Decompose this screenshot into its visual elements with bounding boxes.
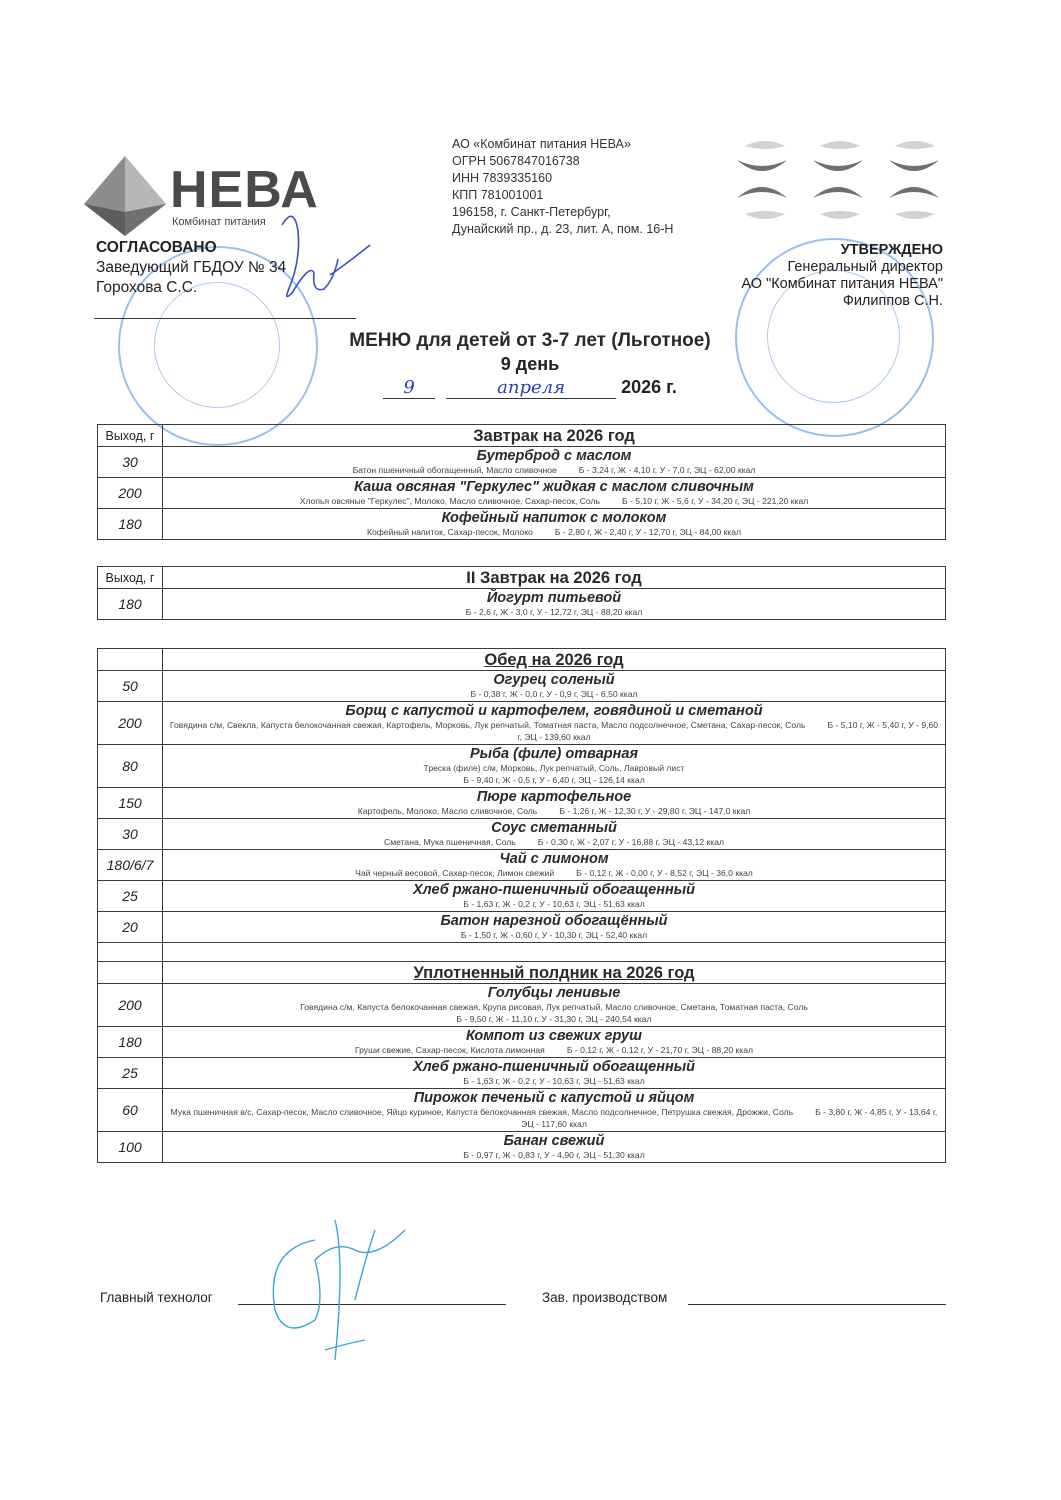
item-weight: 150	[98, 788, 163, 819]
company-address-1: 196158, г. Санкт-Петербург,	[452, 204, 673, 221]
item-details: Хлеб ржано-пшеничный обогащенныйБ - 1,63…	[163, 1058, 946, 1089]
empty-row	[98, 943, 946, 962]
item-weight: 200	[98, 702, 163, 745]
menu-item-row: 80Рыба (филе) отварнаяТреска (филе) с/м,…	[98, 745, 946, 788]
approved-heading: УТВЕРЖДЕНО	[741, 242, 943, 259]
menu-item-row: 25Хлеб ржано-пшеничный обогащенныйБ - 1,…	[98, 1058, 946, 1089]
dish-composition: Чай черный весовой, Сахар-песок, Лимон с…	[163, 867, 945, 880]
company-name: АО «Комбинат питания НЕВА»	[452, 136, 673, 153]
menu-item-row: 180/6/7Чай с лимономЧай черный весовой, …	[98, 850, 946, 881]
section-title: Завтрак на 2026 год	[163, 426, 945, 446]
item-weight: 25	[98, 1058, 163, 1089]
dish-nutrition: Б - 1,63 г, Ж - 0,2 г, У - 10,63 г, ЭЦ -…	[463, 899, 644, 909]
dish-nutrition: Б - 9,50 г, Ж - 11,10 г, У - 31,30 г, ЭЦ…	[456, 1014, 651, 1024]
item-weight: 20	[98, 912, 163, 943]
item-weight: 180/6/7	[98, 850, 163, 881]
item-details: Чай с лимономЧай черный весовой, Сахар-п…	[163, 850, 946, 881]
second-breakfast-table: Выход, гII Завтрак на 2026 год180Йогурт …	[97, 566, 946, 620]
dish-name: Батон нарезной обогащённый	[163, 912, 945, 929]
dish-composition: Сметана, Мука пшеничная, СольБ - 0,30 г,…	[163, 836, 945, 849]
dish-name: Кофейный напиток с молоком	[163, 509, 945, 526]
item-details: Хлеб ржано-пшеничный обогащенныйБ - 1,63…	[163, 881, 946, 912]
menu-item-row: 25Хлеб ржано-пшеничный обогащенныйБ - 1,…	[98, 881, 946, 912]
item-details: Йогурт питьевойБ - 2,6 г, Ж - 3,0 г, У -…	[163, 589, 946, 620]
empty-cell	[163, 943, 946, 962]
approved-name: Филиппов С.Н.	[741, 293, 943, 310]
signature-technologist-icon	[255, 1200, 455, 1370]
dish-ingredients: Сметана, Мука пшеничная, Соль	[384, 837, 516, 847]
item-weight: 200	[98, 478, 163, 509]
dish-composition: Картофель, Молоко, Масло сливочное, Соль…	[163, 805, 945, 818]
item-details: Батон нарезной обогащённыйБ - 1,50 г, Ж …	[163, 912, 946, 943]
dish-nutrition: Б - 2,80 г, Ж - 2,40 г, У - 12,70 г, ЭЦ …	[555, 527, 741, 537]
date-year: 2026 г.	[621, 377, 677, 397]
company-kpp: КПП 781001001	[452, 187, 673, 204]
production-head-line	[688, 1304, 946, 1305]
dish-ingredients: Говядина с/м, Капуста белокочанная свежа…	[300, 1002, 808, 1012]
dish-ingredients: Кофейный напиток, Сахар-песок, Молоко	[367, 527, 533, 537]
item-details: Пирожок печеный с капустой и яйцомМука п…	[163, 1089, 946, 1132]
dish-composition: Батон пшеничный обогащенный, Масло сливо…	[163, 464, 945, 477]
weight-column-header: Выход, г	[98, 567, 163, 589]
signature-left-icon	[260, 205, 380, 315]
section-header-row: Обед на 2026 год	[98, 649, 946, 671]
dish-ingredients: Хлопья овсяные "Геркулес", Молоко, Масло…	[300, 496, 600, 506]
item-weight: 180	[98, 509, 163, 540]
dish-composition: Кофейный напиток, Сахар-песок, МолокоБ -…	[163, 526, 945, 539]
dish-nutrition: Б - 3,24 г, Ж - 4,10 г, У - 7,0 г, ЭЦ - …	[579, 465, 756, 475]
dish-composition: Б - 2,6 г, Ж - 3,0 г, У - 12,72 г, ЭЦ - …	[163, 606, 945, 619]
dish-name: Банан свежий	[163, 1132, 945, 1149]
weight-column-header	[98, 649, 163, 671]
dish-ingredients: Батон пшеничный обогащенный, Масло сливо…	[353, 465, 557, 475]
dish-nutrition: Б - 1,26 г, Ж - 12,30 г, У - 29,80 г, ЭЦ…	[559, 806, 750, 816]
menu-item-row: 180Компот из свежих грушГруши свежие, Са…	[98, 1027, 946, 1058]
menu-day: 9 день	[300, 354, 760, 375]
pyramid-logo-icon	[82, 152, 168, 238]
company-ogrn: ОГРН 5067847016738	[452, 153, 673, 170]
company-details: АО «Комбинат питания НЕВА» ОГРН 50678470…	[452, 136, 673, 238]
dish-composition: Хлопья овсяные "Геркулес", Молоко, Масло…	[163, 495, 945, 508]
weight-column-header	[98, 962, 163, 984]
weight-column-header: Выход, г	[98, 425, 163, 447]
dish-name: Соус сметанный	[163, 819, 945, 836]
item-details: Компот из свежих грушГруши свежие, Сахар…	[163, 1027, 946, 1058]
menu-date: 9 апреля 2026 г.	[300, 377, 760, 399]
dish-nutrition: Б - 9,40 г, Ж - 0,5 г, У - 6,40 г, ЭЦ - …	[463, 775, 644, 785]
dish-name: Каша овсяная "Геркулес" жидкая с маслом …	[163, 478, 945, 495]
menu-item-row: 60Пирожок печеный с капустой и яйцомМука…	[98, 1089, 946, 1132]
menu-item-row: 150Пюре картофельноеКартофель, Молоко, М…	[98, 788, 946, 819]
section-title-cell: Обед на 2026 год	[163, 649, 946, 671]
section-title: II Завтрак на 2026 год	[163, 568, 945, 588]
item-details: Пюре картофельноеКартофель, Молоко, Масл…	[163, 788, 946, 819]
chief-technologist-label: Главный технолог	[100, 1290, 213, 1305]
menu-item-row: 50Огурец соленыйБ - 0,38 г, Ж - 0,0 г, У…	[98, 671, 946, 702]
logo-subtitle: Комбинат питания	[172, 216, 266, 228]
dish-composition: Б - 1,63 г, Ж - 0,2 г, У - 10,63 г, ЭЦ -…	[163, 898, 945, 911]
menu-title-block: МЕНЮ для детей от 3-7 лет (Льготное) 9 д…	[300, 330, 760, 399]
dish-ingredients: Картофель, Молоко, Масло сливочное, Соль	[358, 806, 538, 816]
waves-decoration-icon	[735, 138, 955, 228]
menu-item-row: 200Голубцы ленивыеГовядина с/м, Капуста …	[98, 984, 946, 1027]
dish-composition: Б - 1,63 г, Ж - 0,2 г, У - 10,63 г, ЭЦ -…	[163, 1075, 945, 1088]
item-details: Банан свежийБ - 0,97 г, Ж - 0,83 г, У - …	[163, 1132, 946, 1163]
section-title-cell: II Завтрак на 2026 год	[163, 567, 946, 589]
dish-composition: Мука пшеничная в/с, Сахар-песок, Масло с…	[163, 1106, 945, 1131]
agreed-name: Горохова С.С.	[96, 278, 286, 298]
dish-composition: Б - 0,38 г, Ж - 0,0 г, У - 0,9 г, ЭЦ - 6…	[163, 688, 945, 701]
dish-nutrition: Б - 0,12 г, Ж - 0,12 г, У - 21,70 г, ЭЦ …	[567, 1045, 753, 1055]
menu-item-row: 180Йогурт питьевойБ - 2,6 г, Ж - 3,0 г, …	[98, 589, 946, 620]
dish-name: Борщ с капустой и картофелем, говядиной …	[163, 702, 945, 719]
section-header-row: Уплотненный полдник на 2026 год	[98, 962, 946, 984]
dish-name: Хлеб ржано-пшеничный обогащенный	[163, 1058, 945, 1075]
dish-nutrition: Б - 0,30 г, Ж - 2,07 г, У - 16,88 г, ЭЦ …	[538, 837, 724, 847]
menu-item-row: 180Кофейный напиток с молокомКофейный на…	[98, 509, 946, 540]
company-inn: ИНН 7839335160	[452, 170, 673, 187]
item-weight: 25	[98, 881, 163, 912]
menu-item-row: 200Борщ с капустой и картофелем, говядин…	[98, 702, 946, 745]
item-details: Огурец соленыйБ - 0,38 г, Ж - 0,0 г, У -…	[163, 671, 946, 702]
date-day: 9	[383, 377, 435, 399]
dish-ingredients: Говядина с/м, Свекла, Капуста белокочанн…	[170, 720, 806, 730]
item-weight: 180	[98, 1027, 163, 1058]
item-details: Кофейный напиток с молокомКофейный напит…	[163, 509, 946, 540]
dish-name: Рыба (филе) отварная	[163, 745, 945, 762]
production-head-label: Зав. производством	[542, 1290, 667, 1305]
approved-block: УТВЕРЖДЕНО Генеральный директор АО "Комб…	[741, 242, 943, 310]
empty-cell	[98, 943, 163, 962]
agreed-block: СОГЛАСОВАНО Заведующий ГБДОУ № 34 Горохо…	[96, 238, 286, 298]
dish-nutrition: Б - 0,97 г, Ж - 0,83 г, У - 4,90 г, ЭЦ -…	[463, 1150, 644, 1160]
menu-title: МЕНЮ для детей от 3-7 лет (Льготное)	[300, 330, 760, 352]
item-weight: 30	[98, 447, 163, 478]
item-details: Каша овсяная "Геркулес" жидкая с маслом …	[163, 478, 946, 509]
item-weight: 180	[98, 589, 163, 620]
lunch-table: Обед на 2026 год50Огурец соленыйБ - 0,38…	[97, 648, 946, 1163]
breakfast-table: Выход, гЗавтрак на 2026 год30Бутерброд с…	[97, 424, 946, 540]
item-weight: 60	[98, 1089, 163, 1132]
dish-composition: Б - 1,50 г, Ж - 0,60 г, У - 10,30 г, ЭЦ …	[163, 929, 945, 942]
dish-name: Чай с лимоном	[163, 850, 945, 867]
section-title: Обед на 2026 год	[163, 650, 945, 670]
approved-position: Генеральный директор	[741, 259, 943, 276]
item-details: Бутерброд с масломБатон пшеничный обогащ…	[163, 447, 946, 478]
dish-composition: Б - 0,97 г, Ж - 0,83 г, У - 4,90 г, ЭЦ -…	[163, 1149, 945, 1162]
section-title-cell: Уплотненный полдник на 2026 год	[163, 962, 946, 984]
dish-nutrition: Б - 0,38 г, Ж - 0,0 г, У - 0,9 г, ЭЦ - 6…	[470, 689, 637, 699]
menu-item-row: 30Соус сметанныйСметана, Мука пшеничная,…	[98, 819, 946, 850]
dish-ingredients: Груши свежие, Сахар-песок, Кислота лимон…	[355, 1045, 545, 1055]
dish-composition: Говядина с/м, Капуста белокочанная свежа…	[163, 1001, 945, 1026]
item-details: Рыба (филе) отварнаяТреска (филе) с/м, М…	[163, 745, 946, 788]
menu-item-row: 30Бутерброд с масломБатон пшеничный обог…	[98, 447, 946, 478]
agreed-heading: СОГЛАСОВАНО	[96, 238, 286, 258]
dish-name: Хлеб ржано-пшеничный обогащенный	[163, 881, 945, 898]
menu-item-row: 200Каша овсяная "Геркулес" жидкая с масл…	[98, 478, 946, 509]
menu-item-row: 100Банан свежийБ - 0,97 г, Ж - 0,83 г, У…	[98, 1132, 946, 1163]
section-title: Уплотненный полдник на 2026 год	[163, 963, 945, 983]
dish-name: Компот из свежих груш	[163, 1027, 945, 1044]
agreed-position: Заведующий ГБДОУ № 34	[96, 258, 286, 278]
dish-nutrition: Б - 1,50 г, Ж - 0,60 г, У - 10,30 г, ЭЦ …	[461, 930, 647, 940]
dish-nutrition: Б - 0,12 г, Ж - 0,00 г, У - 8,52 г, ЭЦ -…	[576, 868, 753, 878]
company-address-2: Дунайский пр., д. 23, лит. А, пом. 16-Н	[452, 221, 673, 238]
dish-name: Пирожок печеный с капустой и яйцом	[163, 1089, 945, 1106]
item-weight: 50	[98, 671, 163, 702]
dish-nutrition: Б - 1,63 г, Ж - 0,2 г, У - 10,63 г, ЭЦ -…	[463, 1076, 644, 1086]
dish-name: Голубцы ленивые	[163, 984, 945, 1001]
dish-name: Огурец соленый	[163, 671, 945, 688]
dish-nutrition: Б - 5,10 г, Ж - 5,6 г, У - 34,20 г, ЭЦ -…	[622, 496, 808, 506]
item-details: Борщ с капустой и картофелем, говядиной …	[163, 702, 946, 745]
section-header-row: Выход, гII Завтрак на 2026 год	[98, 567, 946, 589]
item-weight: 100	[98, 1132, 163, 1163]
dish-ingredients: Мука пшеничная в/с, Сахар-песок, Масло с…	[171, 1107, 793, 1117]
dish-name: Бутерброд с маслом	[163, 447, 945, 464]
approved-company: АО "Комбинат питания НЕВА"	[741, 276, 943, 293]
agreed-signature-line	[94, 318, 356, 319]
item-weight: 30	[98, 819, 163, 850]
dish-name: Йогурт питьевой	[163, 589, 945, 606]
dish-composition: Груши свежие, Сахар-песок, Кислота лимон…	[163, 1044, 945, 1057]
dish-ingredients: Чай черный весовой, Сахар-песок, Лимон с…	[355, 868, 554, 878]
item-details: Соус сметанныйСметана, Мука пшеничная, С…	[163, 819, 946, 850]
dish-composition: Говядина с/м, Свекла, Капуста белокочанн…	[163, 719, 945, 744]
dish-name: Пюре картофельное	[163, 788, 945, 805]
section-title-cell: Завтрак на 2026 год	[163, 425, 946, 447]
dish-ingredients: Треска (филе) с/м, Морковь, Лук репчатый…	[424, 763, 685, 773]
dish-composition: Треска (филе) с/м, Морковь, Лук репчатый…	[163, 762, 945, 787]
dish-nutrition: Б - 2,6 г, Ж - 3,0 г, У - 12,72 г, ЭЦ - …	[466, 607, 643, 617]
item-weight: 80	[98, 745, 163, 788]
menu-item-row: 20Батон нарезной обогащённыйБ - 1,50 г, …	[98, 912, 946, 943]
date-month: апреля	[446, 377, 616, 399]
section-header-row: Выход, гЗавтрак на 2026 год	[98, 425, 946, 447]
item-details: Голубцы ленивыеГовядина с/м, Капуста бел…	[163, 984, 946, 1027]
item-weight: 200	[98, 984, 163, 1027]
